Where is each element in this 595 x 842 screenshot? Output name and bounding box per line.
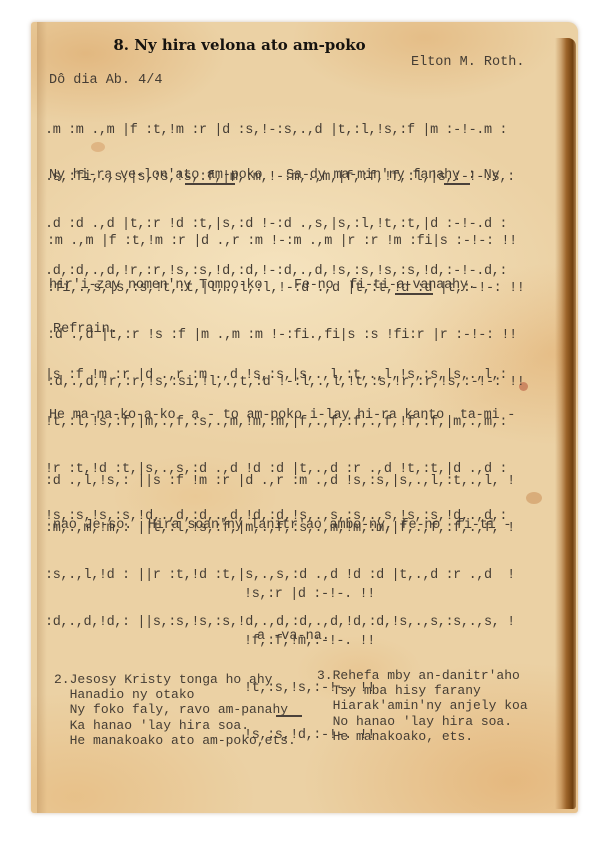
verse-number: 2. — [54, 672, 70, 748]
composer-name: Elton M. Roth. — [411, 55, 524, 70]
verse-number: 3. — [317, 668, 333, 744]
paper-stain — [526, 492, 542, 504]
underline-mark — [395, 293, 433, 295]
verse-2: 2. Jesosy Kristy tonga ho ahy Hanadio ny… — [54, 672, 296, 748]
underline-mark — [444, 183, 470, 185]
hymn-title: 8. Ny hira velona ato am-poko — [31, 36, 448, 54]
solfa-line: !s,:r |d :-!-. !! — [244, 587, 375, 603]
verse-line: Hanadio ny otako — [70, 687, 296, 702]
solfa-line: |s :f !m :r |d .,r :m .,d !s,:s,|s,.,l,:… — [45, 368, 507, 384]
refrain-label: Refrain. — [53, 322, 118, 337]
verse-line: Tsy mba hisy farany — [333, 683, 528, 698]
verse-line: He manakoako ato am-poko,ets. — [70, 733, 296, 748]
verse-line: Ny foko faly, ravo am-panahy — [70, 702, 296, 717]
page-edge-shadow — [555, 38, 576, 809]
underline-mark — [185, 183, 235, 185]
verse-line: He manakoako, ets. — [333, 729, 528, 744]
underline-mark — [276, 715, 302, 717]
verse-line: No hanao 'lay hira soa. — [333, 714, 528, 729]
solfa-line: .m :m .,m |f :t,!m :r |d :s,!-:s,.,d |t,… — [45, 123, 515, 139]
verse-line: Ka hanao 'lay hira soa. — [70, 718, 296, 733]
key-signature: Dô dia Ab. 4/4 — [49, 73, 162, 88]
lyric-line-1: Ny hi-ra ve-lon'ato am-poko Sa-dy ma-min… — [49, 168, 499, 183]
lyric-line-4: nao Je-so. Hira soan'ny lanitr'ao ambo-n… — [53, 518, 511, 533]
verse-3: 3. Rehefa mby an-danitr'aho Tsy mba hisy… — [317, 668, 528, 744]
solfa-line: :m .,m |f :t,!m :r |d .,r :m !-:m .,m |r… — [47, 234, 524, 250]
lyric-line-2: hir'i-zay nomen'ny Tompo-ko Fe-no fi-ti-… — [49, 278, 476, 293]
coda-lyric: a -va-na. — [257, 629, 330, 644]
lyric-line-3: He ma-na-ko-a-ko a - to am-poko i-lay hi… — [49, 408, 515, 423]
solfa-line: :d .,l,!s,: ||s :f !m :r |d .,r :m .,d !… — [45, 474, 515, 490]
verse-line: Rehefa mby an-danitr'aho — [333, 668, 528, 683]
verse-line: Hiarak'amin'ny anjely koa — [333, 698, 528, 713]
verse-line: Jesosy Kristy tonga ho ahy — [70, 672, 296, 687]
scanned-page: 8. Ny hira velona ato am-poko Elton M. R… — [31, 22, 578, 813]
